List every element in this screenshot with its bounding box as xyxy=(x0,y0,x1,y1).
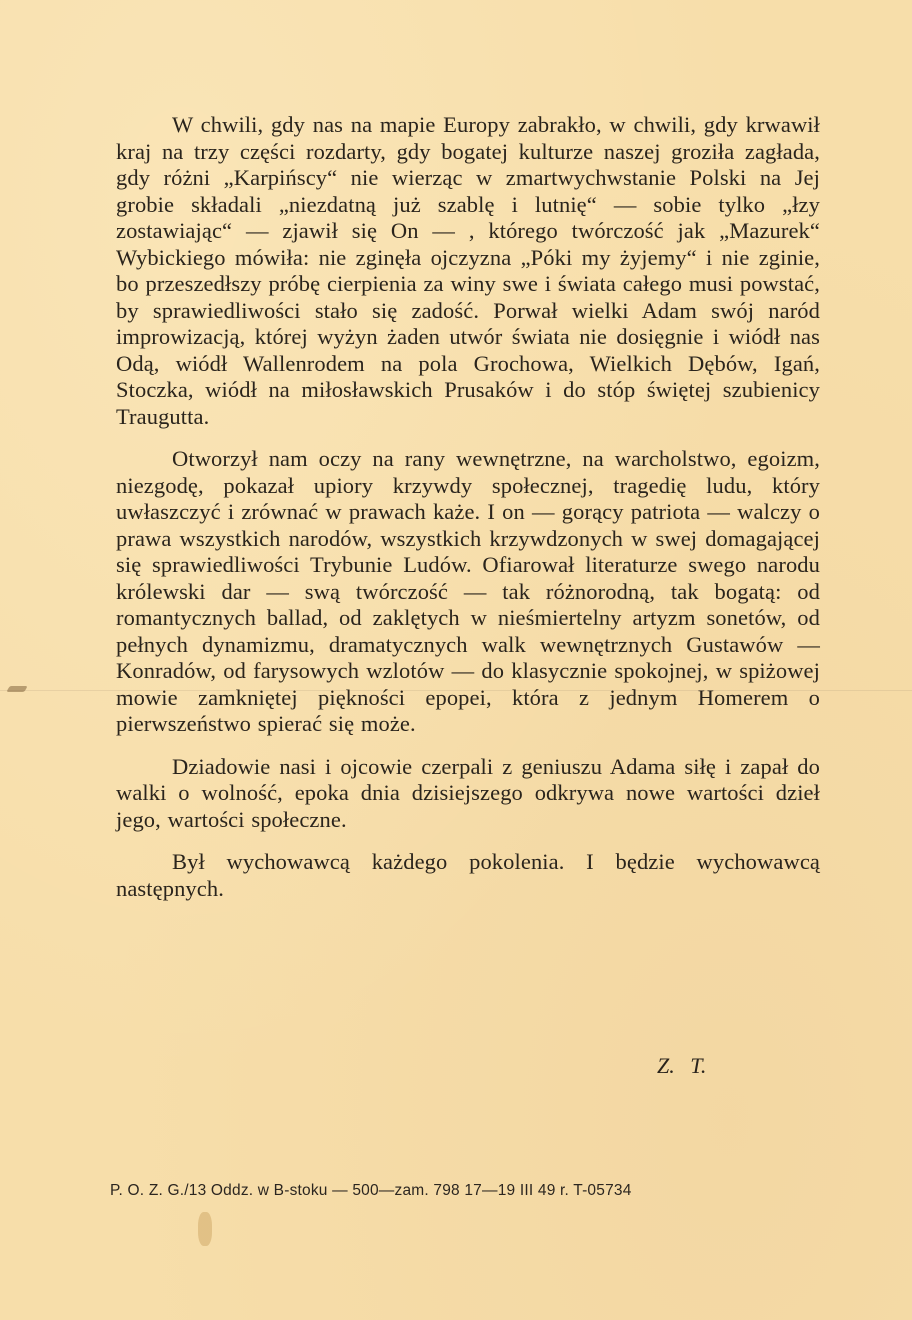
paragraph-1: W chwili, gdy nas na mapie Europy zabrak… xyxy=(116,112,820,430)
paragraph-3: Dziadowie nasi i ojcowie czerpali z geni… xyxy=(116,754,820,834)
paragraph-2: Otworzył nam oczy na rany wewnętrzne, na… xyxy=(116,446,820,738)
printer-imprint: P. O. Z. G./13 Oddz. w B-stoku — 500—zam… xyxy=(110,1182,810,1200)
paper-stain xyxy=(198,1212,212,1246)
author-signature: Z. T. xyxy=(657,1053,706,1079)
paragraph-4: Był wychowawcą każdego pokolenia. I będz… xyxy=(116,849,820,902)
paper-mark xyxy=(6,686,27,692)
paper-page: W chwili, gdy nas na mapie Europy zabrak… xyxy=(0,0,912,1320)
article-body: W chwili, gdy nas na mapie Europy zabrak… xyxy=(116,112,820,902)
